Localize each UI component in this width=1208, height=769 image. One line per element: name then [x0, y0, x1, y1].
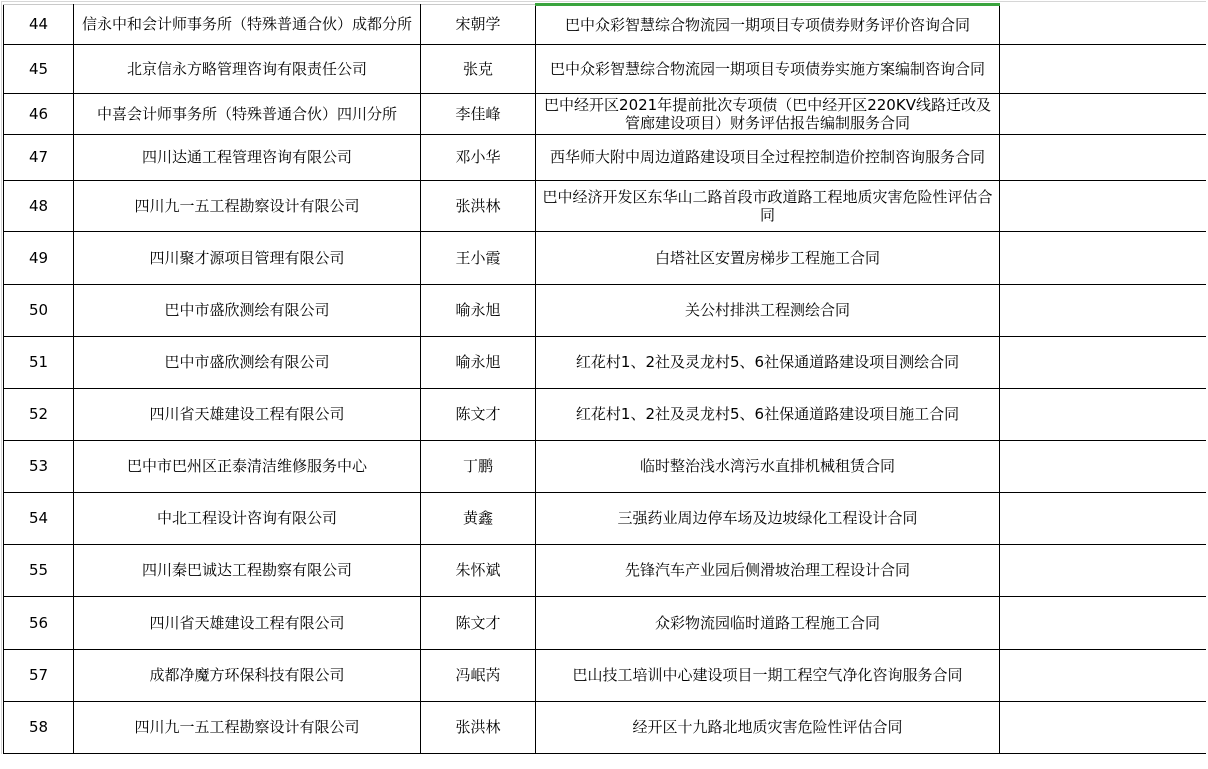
person-name-cell: 李佳峰 [421, 94, 536, 135]
row-number-cell: 48 [4, 181, 74, 232]
contracts-table-body: 44 信永中和会计师事务所（特殊普通合伙）成都分所 宋朝学 巴中众彩智慧综合物流… [4, 5, 1206, 754]
table-row: 45 北京信永方略管理咨询有限责任公司 张克 巴中众彩智慧综合物流园一期项目专项… [4, 45, 1206, 94]
company-name-cell: 中北工程设计咨询有限公司 [74, 493, 421, 545]
company-name-cell: 四川九一五工程勘察设计有限公司 [74, 702, 421, 754]
row-number-cell: 47 [4, 135, 74, 181]
table-row: 58 四川九一五工程勘察设计有限公司 张洪林 经开区十九路北地质灾害危险性评估合… [4, 702, 1206, 754]
person-name-cell: 张洪林 [421, 702, 536, 754]
row-number-cell: 53 [4, 441, 74, 493]
row-number-cell: 56 [4, 597, 74, 650]
row-number-cell: 54 [4, 493, 74, 545]
empty-notes-cell [1000, 545, 1206, 597]
empty-notes-cell [1000, 94, 1206, 135]
contract-name-cell: 经开区十九路北地质灾害危险性评估合同 [536, 702, 1000, 754]
company-name-cell: 信永中和会计师事务所（特殊普通合伙）成都分所 [74, 5, 421, 45]
contract-name-cell: 巴中众彩智慧综合物流园一期项目专项债券实施方案编制咨询合同 [536, 45, 1000, 94]
table-row: 49 四川聚才源项目管理有限公司 王小霞 白塔社区安置房梯步工程施工合同 [4, 232, 1206, 285]
table-row: 46 中喜会计师事务所（特殊普通合伙）四川分所 李佳峰 巴中经开区2021年提前… [4, 94, 1206, 135]
contract-name-cell: 西华师大附中周边道路建设项目全过程控制造价控制咨询服务合同 [536, 135, 1000, 181]
person-name-cell: 陈文才 [421, 389, 536, 441]
company-name-cell: 四川秦巴诚达工程勘察有限公司 [74, 545, 421, 597]
row-number-cell: 51 [4, 337, 74, 389]
contract-name-cell: 三强药业周边停车场及边坡绿化工程设计合同 [536, 493, 1000, 545]
company-name-cell: 巴中市巴州区正泰清洁维修服务中心 [74, 441, 421, 493]
person-name-cell: 喻永旭 [421, 337, 536, 389]
company-name-cell: 四川聚才源项目管理有限公司 [74, 232, 421, 285]
contracts-table: 44 信永中和会计师事务所（特殊普通合伙）成都分所 宋朝学 巴中众彩智慧综合物流… [3, 3, 1206, 754]
person-name-cell: 王小霞 [421, 232, 536, 285]
table-row: 50 巴中市盛欣测绘有限公司 喻永旭 关公村排洪工程测绘合同 [4, 285, 1206, 337]
person-name-cell: 陈文才 [421, 597, 536, 650]
empty-notes-cell [1000, 181, 1206, 232]
row-number-cell: 57 [4, 650, 74, 702]
contract-name-cell: 巴中经济开发区东华山二路首段市政道路工程地质灾害危险性评估合同 [536, 181, 1000, 232]
person-name-cell: 丁鹏 [421, 441, 536, 493]
spreadsheet-area: 44 信永中和会计师事务所（特殊普通合伙）成都分所 宋朝学 巴中众彩智慧综合物流… [1, 1, 1206, 754]
empty-notes-cell [1000, 135, 1206, 181]
company-name-cell: 四川九一五工程勘察设计有限公司 [74, 181, 421, 232]
contract-name-cell: 红花村1、2社及灵龙村5、6社保通道路建设项目施工合同 [536, 389, 1000, 441]
company-name-cell: 成都净魔方环保科技有限公司 [74, 650, 421, 702]
empty-notes-cell [1000, 493, 1206, 545]
empty-notes-cell [1000, 650, 1206, 702]
empty-notes-cell [1000, 337, 1206, 389]
contract-name-cell: 白塔社区安置房梯步工程施工合同 [536, 232, 1000, 285]
empty-notes-cell [1000, 232, 1206, 285]
row-number-cell: 46 [4, 94, 74, 135]
empty-notes-cell [1000, 441, 1206, 493]
company-name-cell: 巴中市盛欣测绘有限公司 [74, 337, 421, 389]
row-number-cell: 58 [4, 702, 74, 754]
empty-notes-cell [1000, 5, 1206, 45]
person-name-cell: 冯岷芮 [421, 650, 536, 702]
row-number-cell: 44 [4, 5, 74, 45]
company-name-cell: 四川省天雄建设工程有限公司 [74, 597, 421, 650]
company-name-cell: 中喜会计师事务所（特殊普通合伙）四川分所 [74, 94, 421, 135]
person-name-cell: 张克 [421, 45, 536, 94]
contract-name-cell: 关公村排洪工程测绘合同 [536, 285, 1000, 337]
row-number-cell: 45 [4, 45, 74, 94]
contract-name-cell: 巴中经开区2021年提前批次专项债（巴中经开区220KV线路迁改及管廊建设项目）… [536, 94, 1000, 135]
company-name-cell: 四川达通工程管理咨询有限公司 [74, 135, 421, 181]
table-row: 51 巴中市盛欣测绘有限公司 喻永旭 红花村1、2社及灵龙村5、6社保通道路建设… [4, 337, 1206, 389]
row-number-cell: 55 [4, 545, 74, 597]
table-row: 47 四川达通工程管理咨询有限公司 邓小华 西华师大附中周边道路建设项目全过程控… [4, 135, 1206, 181]
person-name-cell: 邓小华 [421, 135, 536, 181]
table-row: 53 巴中市巴州区正泰清洁维修服务中心 丁鹏 临时整治浅水湾污水直排机械租赁合同 [4, 441, 1206, 493]
row-number-cell: 50 [4, 285, 74, 337]
empty-notes-cell [1000, 597, 1206, 650]
contract-name-cell: 巴中众彩智慧综合物流园一期项目专项债券财务评价咨询合同 [536, 5, 1000, 45]
contract-name-cell: 红花村1、2社及灵龙村5、6社保通道路建设项目测绘合同 [536, 337, 1000, 389]
person-name-cell: 朱怀斌 [421, 545, 536, 597]
table-row: 48 四川九一五工程勘察设计有限公司 张洪林 巴中经济开发区东华山二路首段市政道… [4, 181, 1206, 232]
contract-name-cell: 众彩物流园临时道路工程施工合同 [536, 597, 1000, 650]
table-row: 54 中北工程设计咨询有限公司 黄鑫 三强药业周边停车场及边坡绿化工程设计合同 [4, 493, 1206, 545]
person-name-cell: 黄鑫 [421, 493, 536, 545]
row-number-cell: 52 [4, 389, 74, 441]
contract-name-cell: 巴山技工培训中心建设项目一期工程空气净化咨询服务合同 [536, 650, 1000, 702]
empty-notes-cell [1000, 45, 1206, 94]
person-name-cell: 喻永旭 [421, 285, 536, 337]
table-row: 52 四川省天雄建设工程有限公司 陈文才 红花村1、2社及灵龙村5、6社保通道路… [4, 389, 1206, 441]
person-name-cell: 宋朝学 [421, 5, 536, 45]
table-row: 44 信永中和会计师事务所（特殊普通合伙）成都分所 宋朝学 巴中众彩智慧综合物流… [4, 5, 1206, 45]
company-name-cell: 巴中市盛欣测绘有限公司 [74, 285, 421, 337]
empty-notes-cell [1000, 702, 1206, 754]
company-name-cell: 北京信永方略管理咨询有限责任公司 [74, 45, 421, 94]
contract-name-cell: 先锋汽车产业园后侧滑坡治理工程设计合同 [536, 545, 1000, 597]
row-number-cell: 49 [4, 232, 74, 285]
table-row: 55 四川秦巴诚达工程勘察有限公司 朱怀斌 先锋汽车产业园后侧滑坡治理工程设计合… [4, 545, 1206, 597]
empty-notes-cell [1000, 285, 1206, 337]
company-name-cell: 四川省天雄建设工程有限公司 [74, 389, 421, 441]
contract-name-cell: 临时整治浅水湾污水直排机械租赁合同 [536, 441, 1000, 493]
table-row: 57 成都净魔方环保科技有限公司 冯岷芮 巴山技工培训中心建设项目一期工程空气净… [4, 650, 1206, 702]
person-name-cell: 张洪林 [421, 181, 536, 232]
table-row: 56 四川省天雄建设工程有限公司 陈文才 众彩物流园临时道路工程施工合同 [4, 597, 1206, 650]
empty-notes-cell [1000, 389, 1206, 441]
